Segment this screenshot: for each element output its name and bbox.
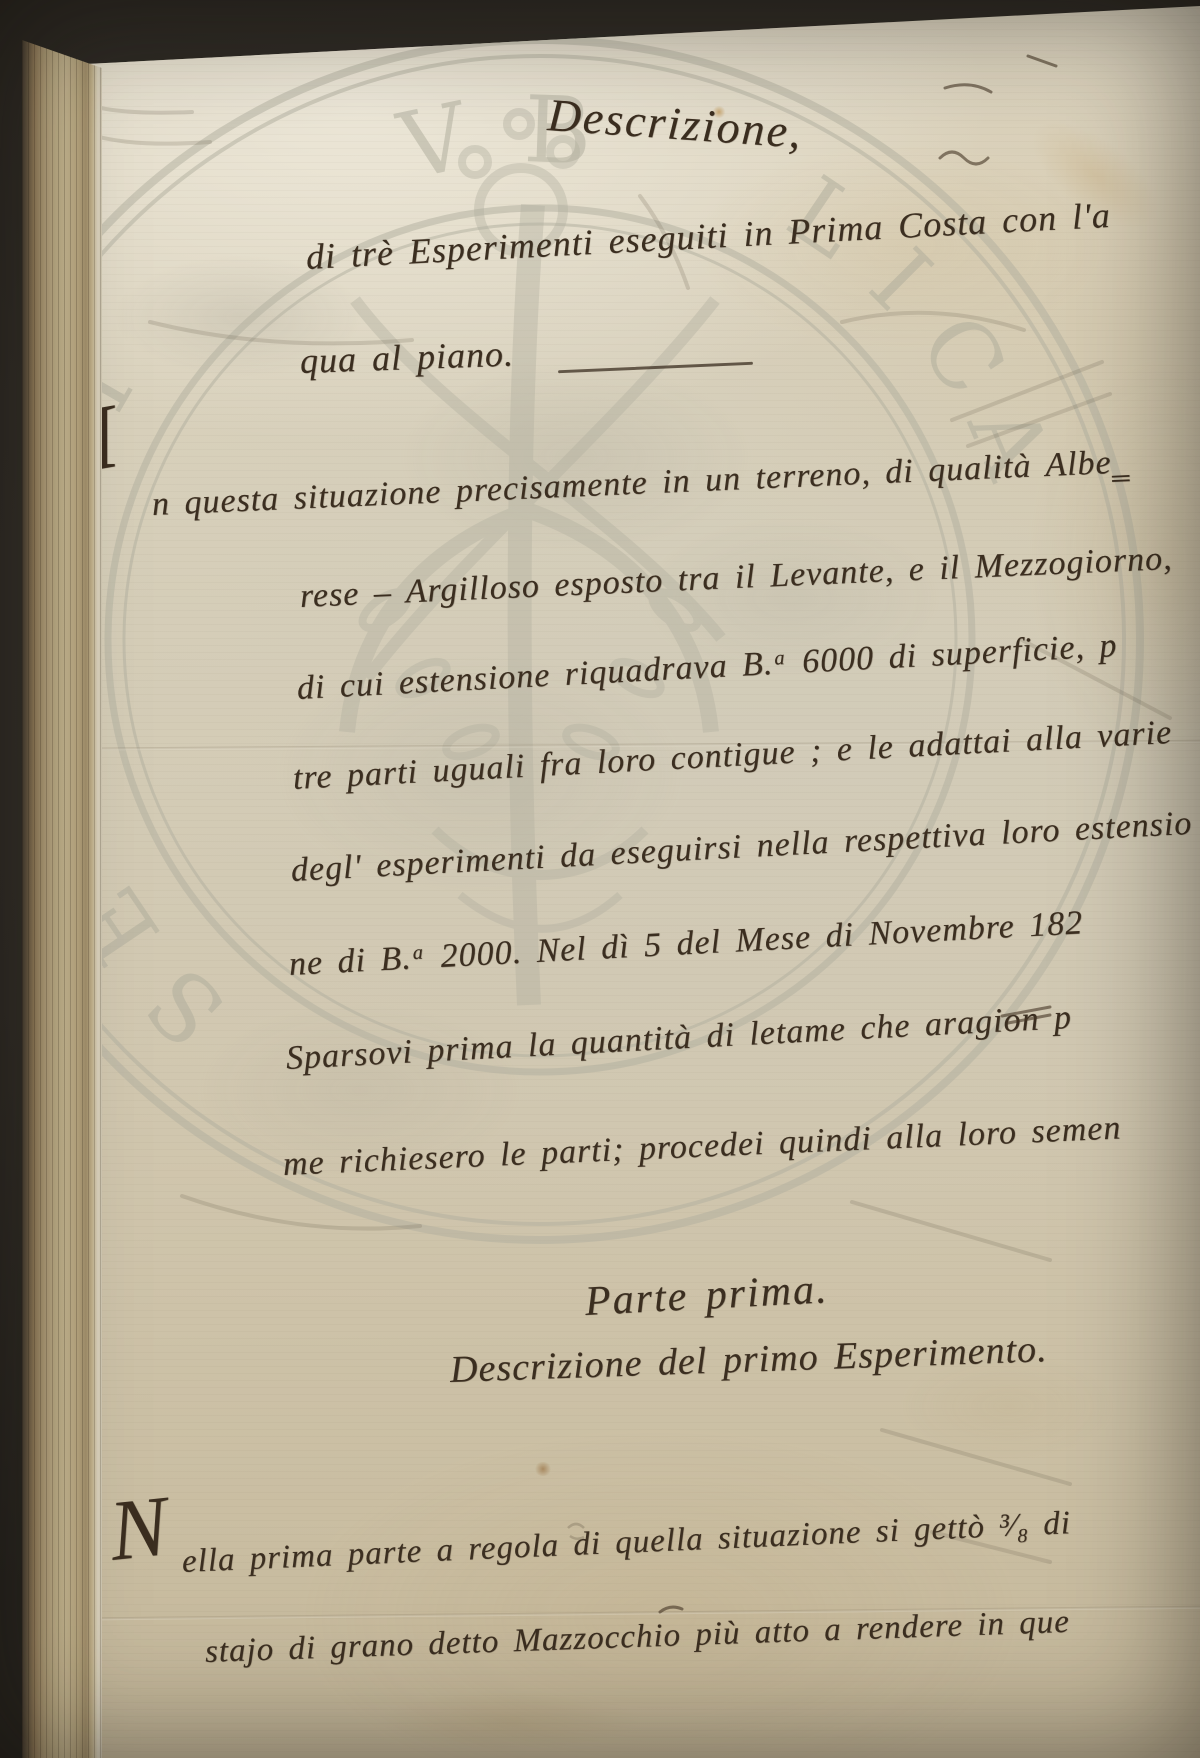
manuscript-page: V B L I C A T A T I E S (0, 0, 1200, 1758)
page-edge-striations (22, 0, 102, 1758)
paper-mottling (0, 0, 1200, 1758)
manuscript-scan: V B L I C A T A T I E S (0, 0, 1200, 1758)
paragraph2-drop-initial: N (106, 1482, 173, 1574)
book-page-edges (22, 0, 102, 1758)
brown-fleck-stain (534, 1462, 552, 1476)
bottom-foxing-stain (380, 1690, 640, 1750)
subtitle-line-2: qua al piano. (299, 333, 514, 382)
